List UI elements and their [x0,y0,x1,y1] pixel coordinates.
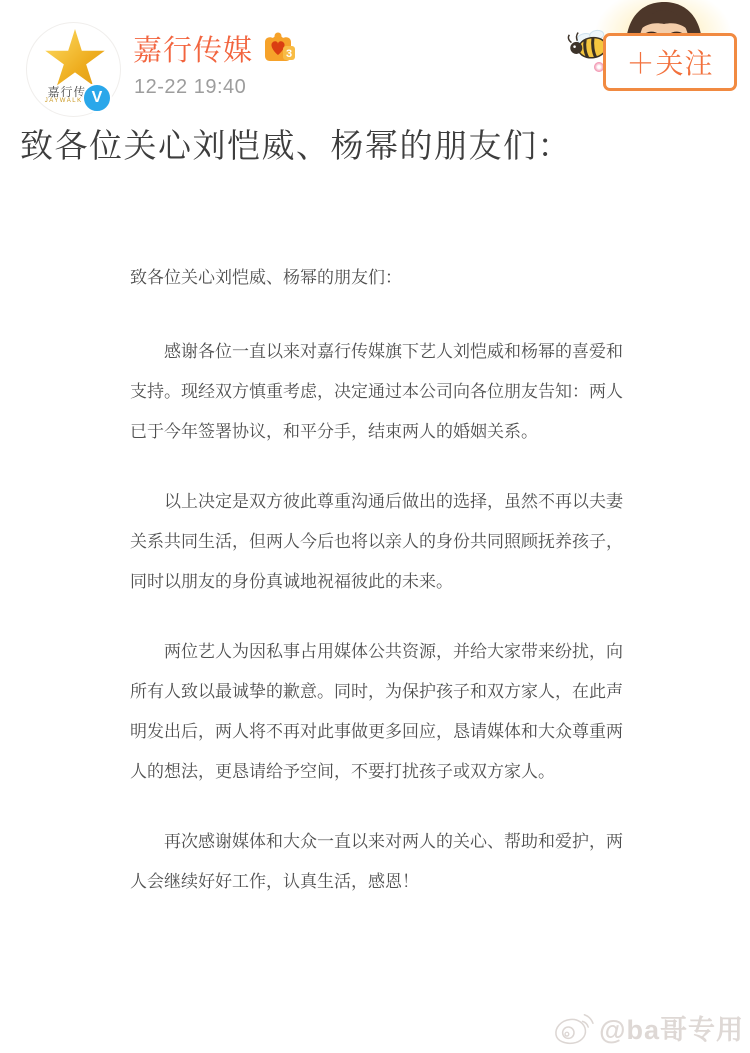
username-row: 嘉行传媒 3 [133,28,299,69]
username[interactable]: 嘉行传媒 [133,28,253,69]
statement-salutation: 致各位关心刘恺威、杨幂的朋友们： [130,258,623,298]
statement-paragraph: 两位艺人为因私事占用媒体公共资源，并给大家带来纷扰，向所有人致以最诚挚的歉意。同… [130,632,623,792]
watermark-handle: @ba哥专用 [599,1008,744,1047]
statement-paragraph: 以上决定是双方彼此尊重沟通后做出的选择，虽然不再以夫妻关系共同生活，但两人今后也… [130,482,623,602]
weibo-post-page: 嘉行传媒 JAYWALK STU V 嘉行传媒 3 12-22 19:40 ＋关… [0,0,750,1053]
statement-text: 致各位关心刘恺威、杨幂的朋友们： 感谢各位一直以来对嘉行传媒旗下艺人刘恺威和杨幂… [130,258,623,902]
svg-text:3: 3 [286,48,292,60]
statement-paragraph: 再次感谢媒体和大众一直以来对两人的关心、帮助和爱护，两人会继续好好工作，认真生活… [130,822,623,902]
vip-crown-icon: 3 [261,30,299,68]
timestamp: 12-22 19:40 [134,76,246,99]
post-title: 致各位关心刘恺威、杨幂的朋友们： [20,120,572,167]
watermark: @ba哥专用 [553,1008,744,1047]
verified-badge-icon: V [82,83,112,113]
weibo-logo-icon [553,1010,595,1046]
follow-button[interactable]: ＋关注 [603,33,737,91]
statement-paragraph: 感谢各位一直以来对嘉行传媒旗下艺人刘恺威和杨幂的喜爱和支持。现经双方慎重考虑，决… [130,332,623,452]
star-logo-icon [44,29,106,91]
statement-image[interactable]: 致各位关心刘恺威、杨幂的朋友们： 感谢各位一直以来对嘉行传媒旗下艺人刘恺威和杨幂… [0,258,750,902]
